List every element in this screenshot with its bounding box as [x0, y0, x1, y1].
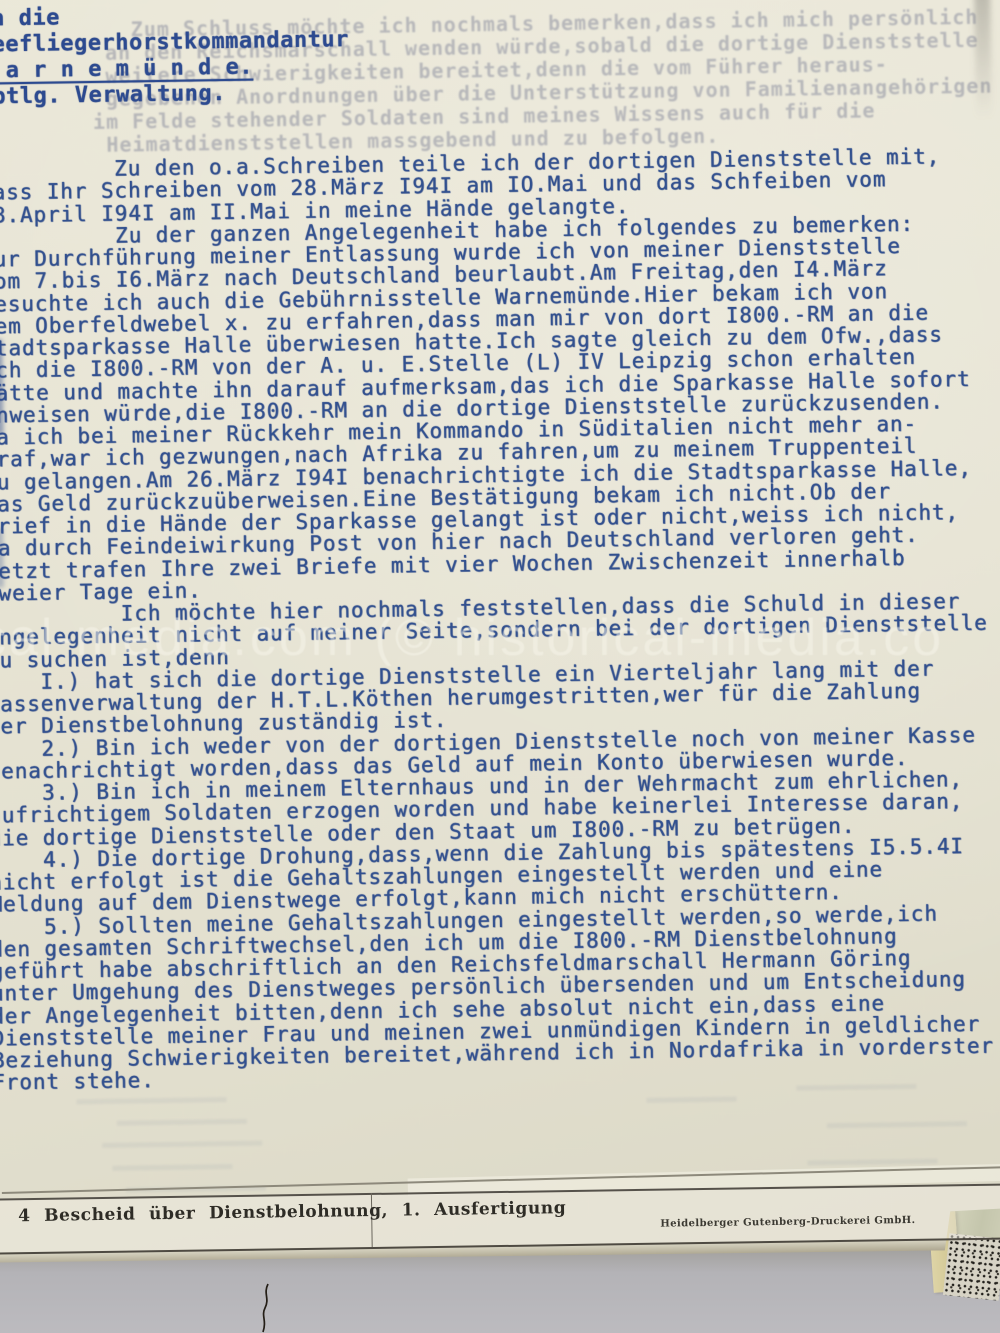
- document-sheet: Zum Schluss möchte ich nochmals bemerken…: [0, 0, 1000, 1333]
- photo-scene: Zum Schluss möchte ich nochmals bemerken…: [0, 0, 1000, 1333]
- paper-crease-shadow: [974, 0, 992, 119]
- letter-recipient-block: An dieSeefliegerhorstkommandanturW a r n…: [0, 1, 350, 110]
- text-line: Abtlg. Verwaltung.: [0, 79, 350, 111]
- letter-body: Zu den o.a.Schreiben teile ich der dorti…: [0, 143, 1000, 1094]
- thread-mark: [252, 1282, 286, 1333]
- text-line: Seefliegerhorstkommandantur: [0, 27, 349, 59]
